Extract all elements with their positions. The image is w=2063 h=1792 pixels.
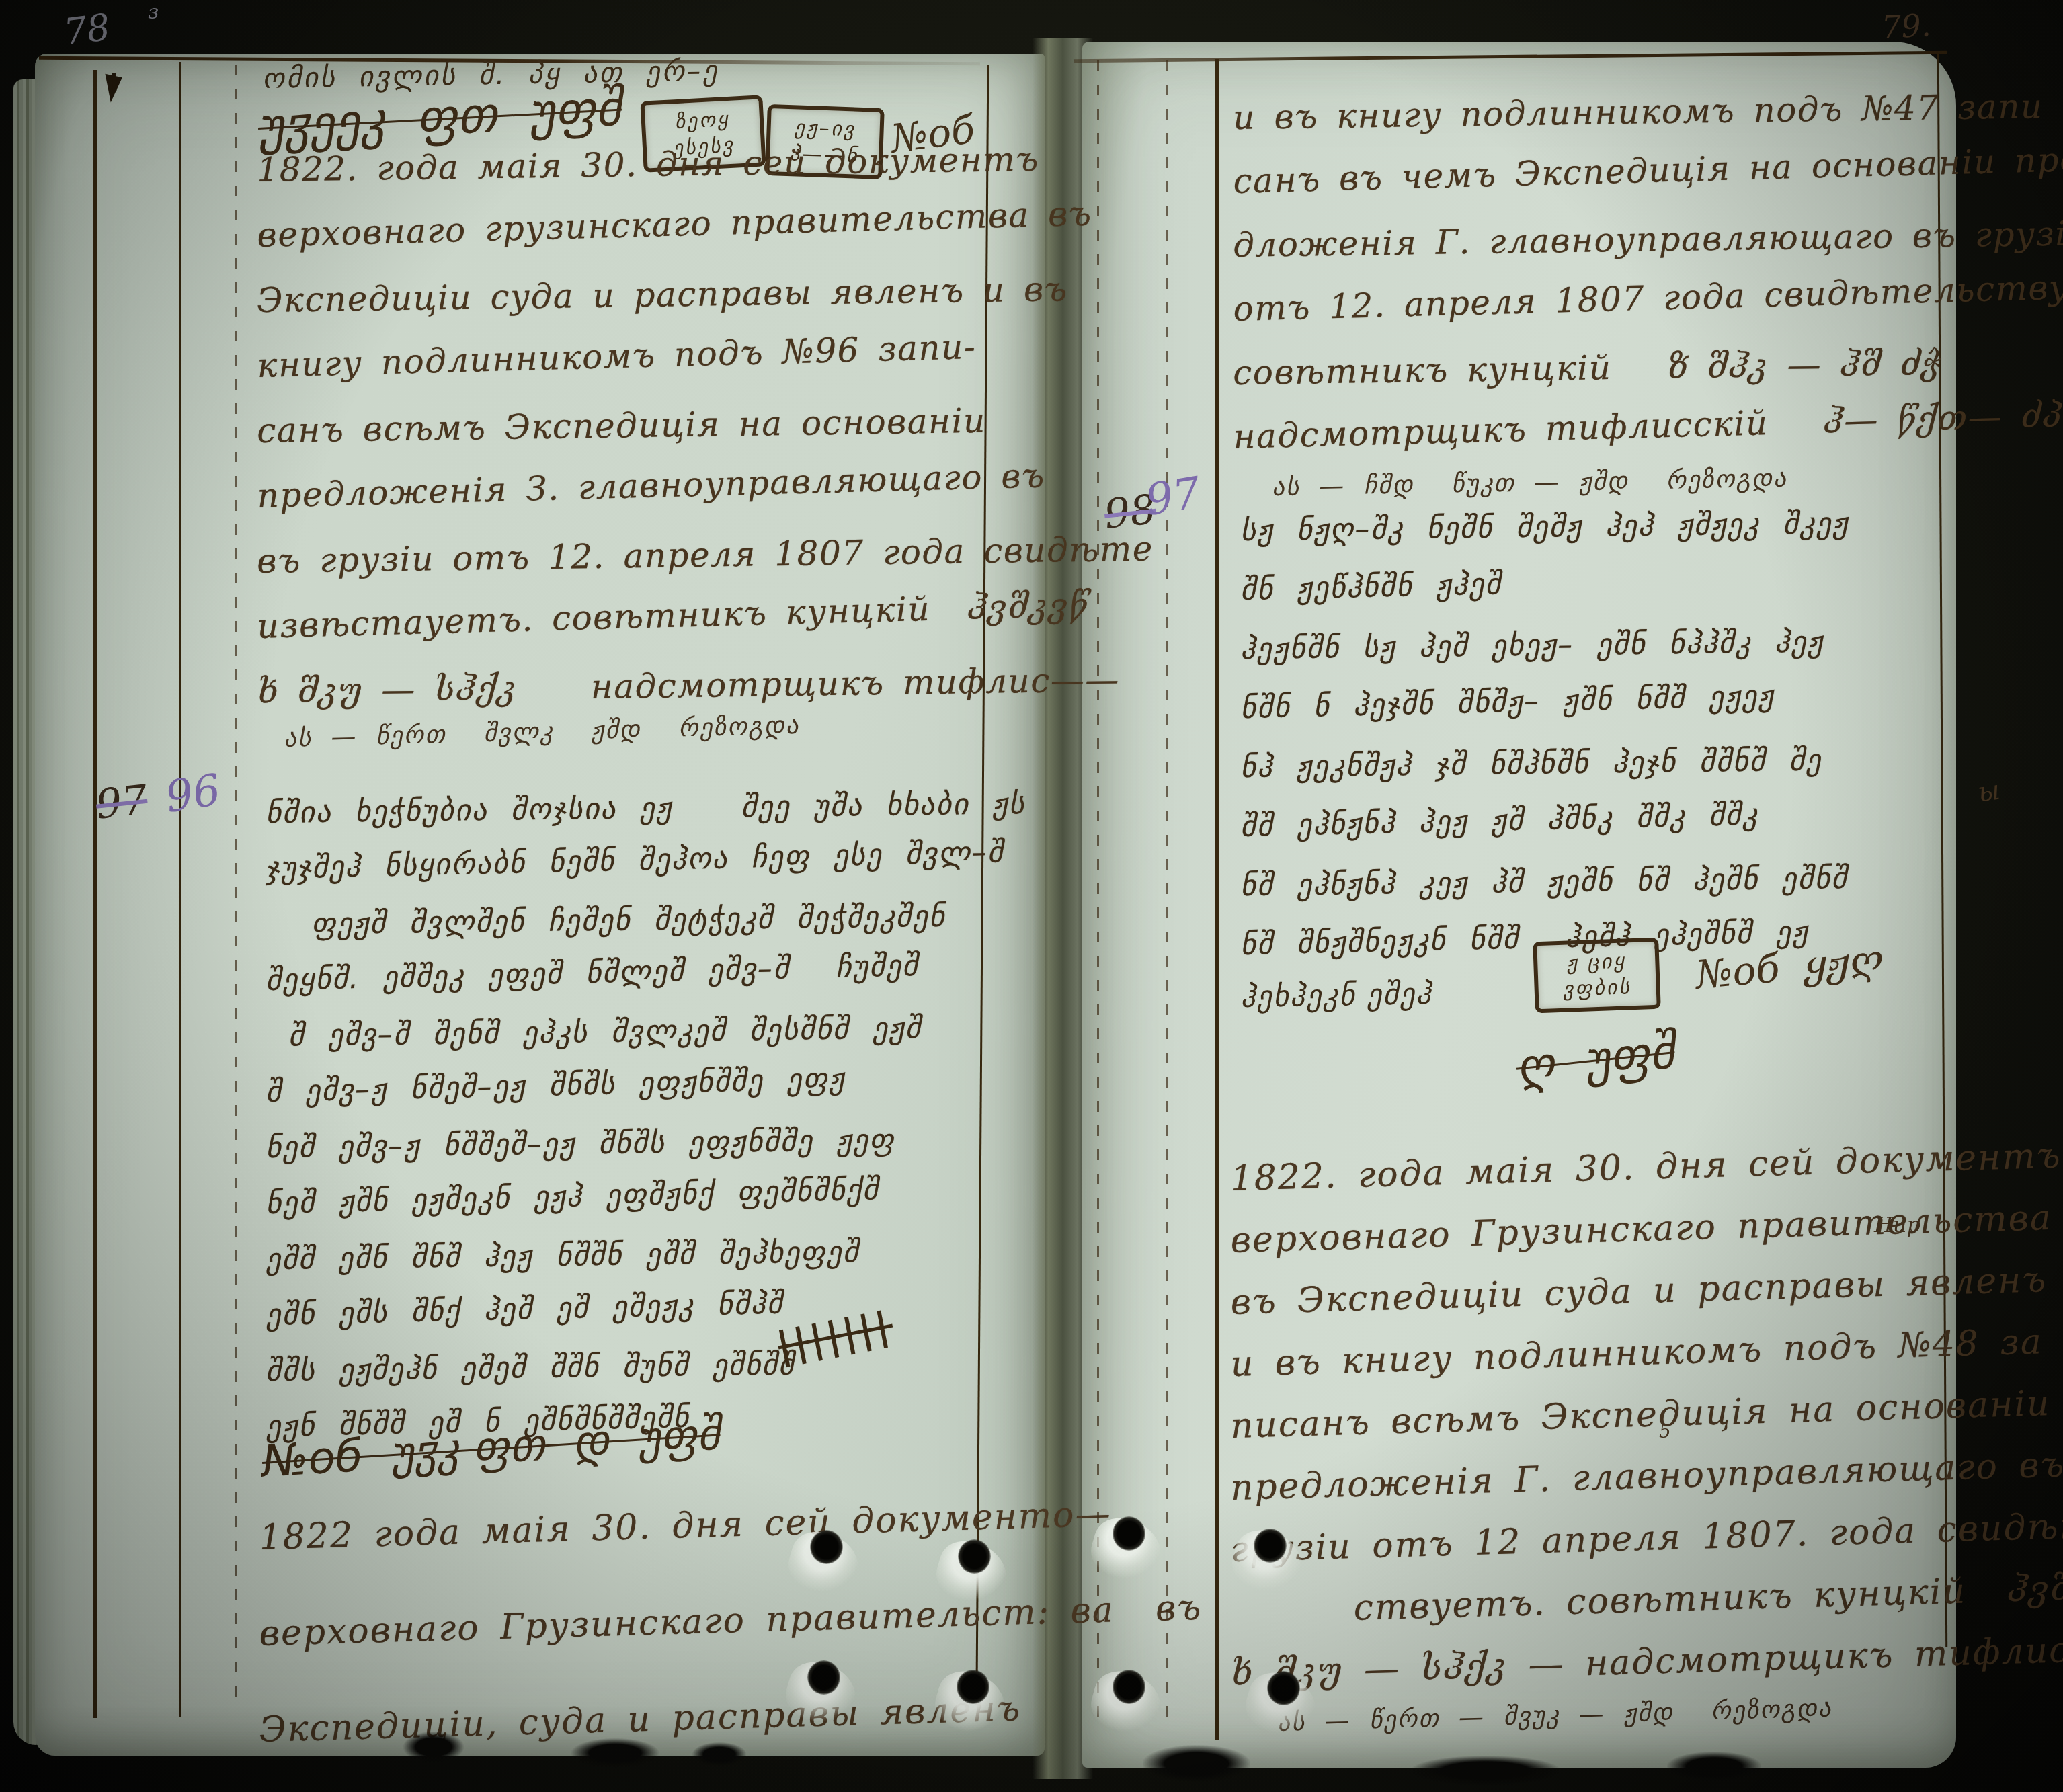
left-georgian-line-9: ეშშ ეშნ შნშ ჰეჟ ნშშნ ეშშ შეჰხეფეშ <box>266 1237 860 1274</box>
punch-hole <box>1104 1664 1158 1717</box>
right-margin-rule-2 <box>1166 60 1168 1727</box>
left-russian-line-5: санъ всѣмъ Экспедиція на основаніи <box>257 404 986 448</box>
left-georgian-line-11: შშს ეჟშეჰნ ეშეშ შშნ შუნშ ეშნშშ <box>266 1350 795 1386</box>
punch-hole <box>1245 1523 1299 1576</box>
right-georgian-line-7: ნშ ეჰნჟნჰ კეჟ ჰშ ჟეშნ ნშ ჰეშნ ეშნშ <box>1240 864 1849 901</box>
right-georgian-line-1: სჟ ნჟღ–შკ ნეშნ შეშჟ ჰეჰ ჟშჟეკ შკეჟ <box>1240 509 1849 546</box>
left-georgian-line-7: ნეშ ეშვ–ჟ ნშშეშ–ეჟ შნშს ეფჟნშშე ჟეფ <box>266 1126 895 1163</box>
left-page-number-mark: з <box>148 3 159 23</box>
paper-tear <box>403 1732 464 1762</box>
left-margin-number-struck: 97 <box>94 780 149 825</box>
right-georgian-line-5: ნჰ ჟეკნშჟჰ ჯშ ნშჰნშნ ჰეჯნ შშნშ შე <box>1240 745 1822 782</box>
left-page-number: 78 <box>62 9 112 51</box>
left-georgian-line-3: ფეჟშ შვლშენ ჩეშენ შეტჭეკშ შეჭშეკშენ <box>266 902 946 940</box>
punch-hole <box>799 1655 852 1707</box>
paper-tear <box>1143 1745 1250 1783</box>
right-russian-line-5: совѣтникъ кунцкій ზ შჰკ — ჰშ ძჭ <box>1233 346 1942 390</box>
punch-hole <box>801 1524 855 1577</box>
punch-hole <box>1104 1511 1158 1563</box>
right-georgian-short-line: ჰეხჰეკნ ეშეჰ <box>1240 979 1432 1012</box>
paper-tear <box>692 1742 746 1766</box>
right-margin-rule-3 <box>1215 59 1219 1740</box>
right-georgian-line-3: ჰეჟნშნ სჟ ჰეშ ეხეჟ– ეშნ ნჰჰშკ ჰეჟ <box>1240 627 1824 664</box>
manuscript-scan: 78 з ომის ივლის შ. პყ ათ ერ–ე ზეოყ ესესვ… <box>0 0 2063 1792</box>
punch-hole <box>1258 1666 1312 1718</box>
paper-tear <box>571 1738 659 1768</box>
punch-hole <box>949 1534 1003 1586</box>
stamp-box-right: ჟ ციყ ვფბის <box>1533 938 1661 1013</box>
right-margin-rule-1 <box>1097 60 1099 1727</box>
paper-tear <box>1412 1756 1560 1785</box>
paper-tear <box>1667 1752 1761 1781</box>
right-margin-number: 97 <box>1143 471 1203 522</box>
right-page-number: 79. <box>1881 9 1931 43</box>
left-margin-rule-1 <box>93 70 97 1718</box>
left-margin-number: 96 <box>163 768 223 819</box>
punch-hole <box>948 1664 1002 1717</box>
left-margin-rule-2 <box>179 62 181 1717</box>
left-georgian-line-5: შ ეშვ–შ შენშ ეჰკს შვლკეშ შესშნშ ეჟშ <box>266 1014 922 1051</box>
left-margin-rule-3 <box>235 65 237 1705</box>
left-russian-line-1: 1822. года маія 30. дня сей документъ <box>257 142 1039 187</box>
right-margin-mark: ы <box>1976 776 2002 806</box>
right-georgian-line-2: შნ ჟეწჰნშნ ჟჰეშ <box>1240 569 1502 605</box>
